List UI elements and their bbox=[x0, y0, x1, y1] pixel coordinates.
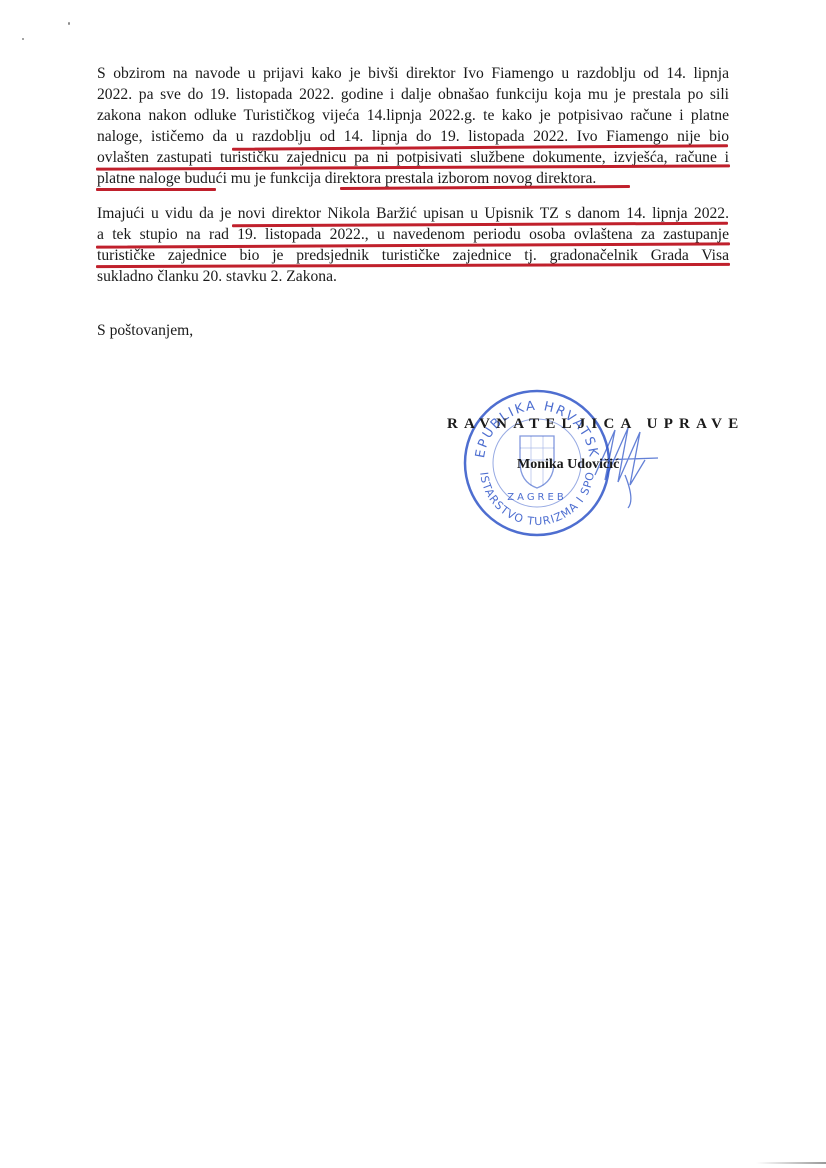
scan-edge-artifact bbox=[756, 1162, 826, 1164]
svg-text:ZAGREB: ZAGREB bbox=[507, 492, 566, 503]
scan-speck bbox=[22, 38, 24, 40]
scan-speck bbox=[68, 22, 70, 25]
highlight-underline bbox=[340, 185, 630, 190]
signatory-title: RAVNATELJICA UPRAVE bbox=[447, 416, 744, 433]
text-line: 2022. pa sve do 19. listopada 2022. godi… bbox=[97, 85, 729, 105]
text-line: sukladno članku 20. stavku 2. Zakona. bbox=[97, 267, 729, 287]
text-line: S obzirom na navode u prijavi kako je bi… bbox=[97, 64, 729, 84]
signatory-name: Monika Udovičić bbox=[517, 457, 619, 473]
closing-salutation: S poštovanjem, bbox=[97, 322, 193, 340]
text-line: Imajući u vidu da je novi direktor Nikol… bbox=[97, 204, 729, 224]
text-line: zakona nakon odluke Turističkog vijeća 1… bbox=[97, 106, 729, 126]
highlight-underline bbox=[96, 188, 216, 191]
